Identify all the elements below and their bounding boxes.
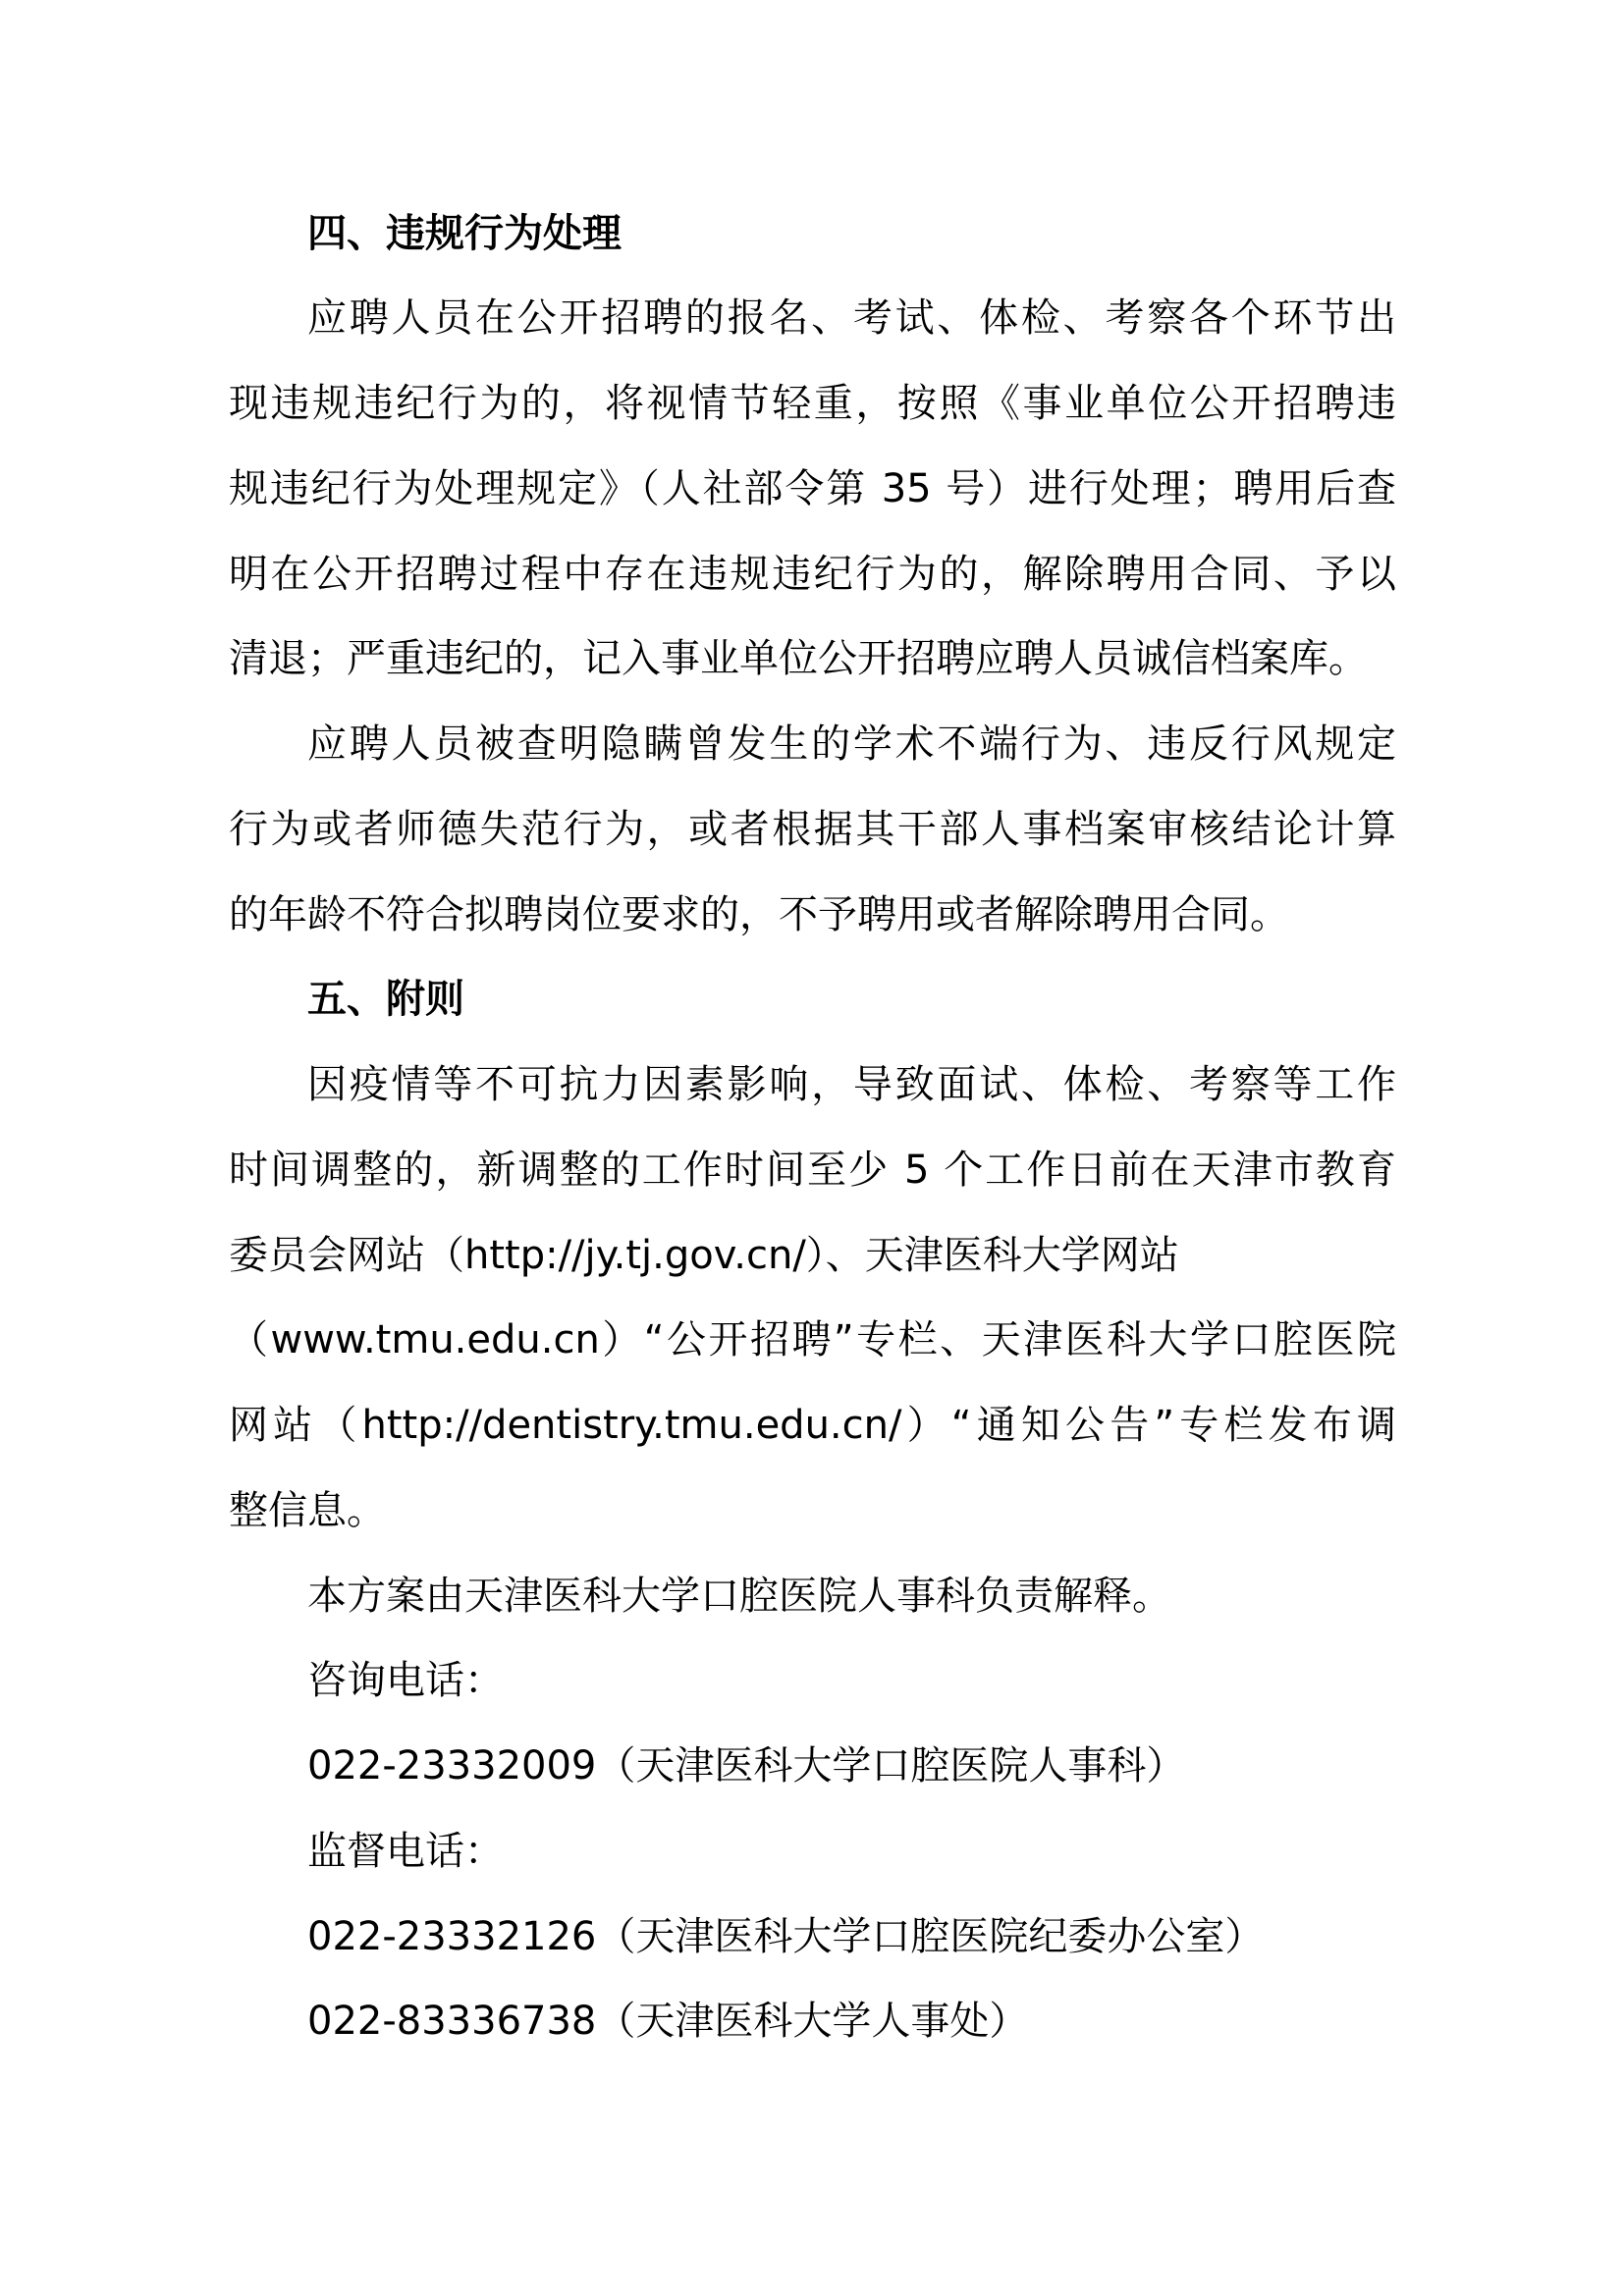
document-line: 行为或者师德失范行为，或者根据其干部人事档案审核结论计算	[229, 787, 1396, 873]
document-line: 规违纪行为处理规定》（人社部令第 35 号）进行处理；聘用后查	[229, 447, 1396, 532]
document-line: 022-23332126（天津医科大学口腔医院纪委办公室）	[229, 1895, 1396, 1980]
document-line: 本方案由天津医科大学口腔医院人事科负责解释。	[229, 1554, 1396, 1639]
document-line: 明在公开招聘过程中存在违规违纪行为的，解除聘用合同、予以	[229, 532, 1396, 617]
document-line: 时间调整的，新调整的工作时间至少 5 个工作日前在天津市教育	[229, 1128, 1396, 1213]
document-line: 022-23332009（天津医科大学口腔医院人事科）	[229, 1724, 1396, 1809]
section-heading: 五、附则	[229, 957, 1396, 1042]
document-line: 网站（http://dentistry.tmu.edu.cn/）“通知公告”专栏…	[229, 1383, 1396, 1468]
document-line: 现违规违纪行为的，将视情节轻重，按照《事业单位公开招聘违	[229, 361, 1396, 447]
document-line: 应聘人员被查明隐瞒曾发生的学术不端行为、违反行风规定	[229, 702, 1396, 787]
document-line: 的年龄不符合拟聘岗位要求的，不予聘用或者解除聘用合同。	[229, 873, 1396, 958]
document-line: 监督电话：	[229, 1809, 1396, 1895]
document-line: 咨询电话：	[229, 1638, 1396, 1724]
document-line: 清退；严重违纪的，记入事业单位公开招聘应聘人员诚信档案库。	[229, 616, 1396, 702]
document-page: 四、违规行为处理应聘人员在公开招聘的报名、考试、体检、考察各个环节出现违规违纪行…	[0, 0, 1624, 2296]
document-line: 整信息。	[229, 1468, 1396, 1554]
document-line: 因疫情等不可抗力因素影响，导致面试、体检、考察等工作	[229, 1042, 1396, 1128]
document-line: 委员会网站（http://jy.tj.gov.cn/）、天津医科大学网站	[229, 1213, 1396, 1299]
document-line: 022-83336738（天津医科大学人事处）	[229, 1979, 1396, 2064]
document-line: （www.tmu.edu.cn）“公开招聘”专栏、天津医科大学口腔医院	[229, 1298, 1396, 1383]
document-line: 应聘人员在公开招聘的报名、考试、体检、考察各个环节出	[229, 276, 1396, 361]
section-heading: 四、违规行为处理	[229, 191, 1396, 277]
